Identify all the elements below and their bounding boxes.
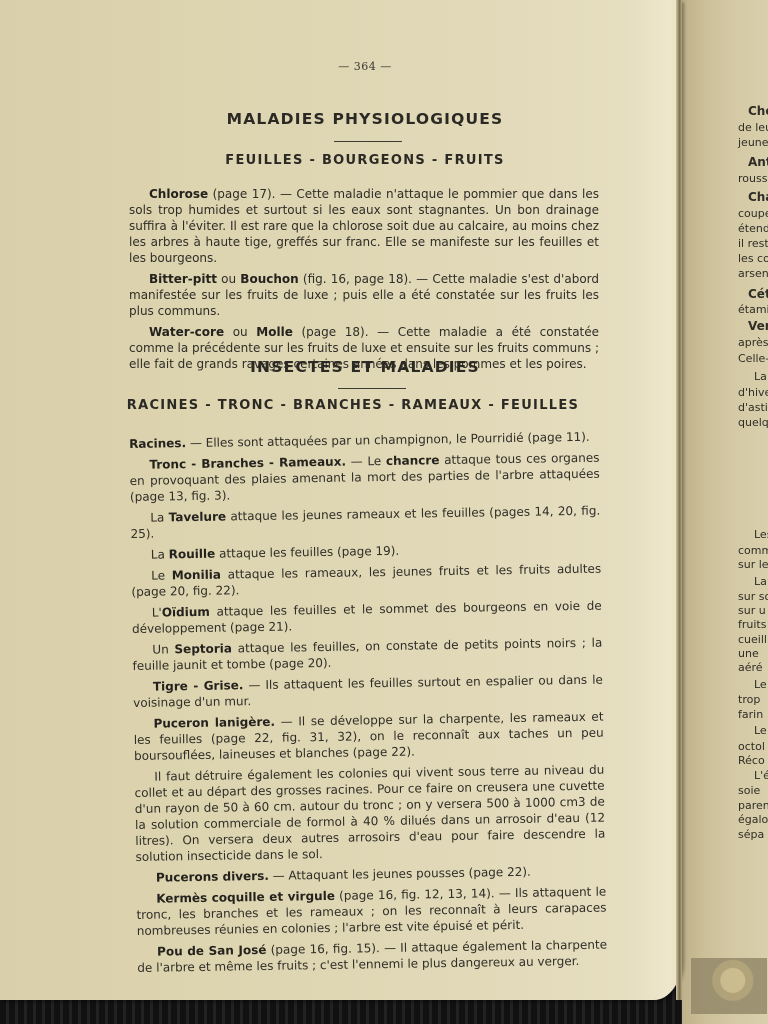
facing-text-fragment: trop — [738, 693, 760, 708]
facing-text-fragment: roussie — [738, 172, 768, 187]
term: Tronc - Branches - Rameaux. — [149, 455, 346, 472]
paragraph: La Rouille attaque les feuilles (page 19… — [131, 540, 601, 563]
term: Bitter-pitt — [149, 272, 217, 286]
paragraph: Un Septoria attaque les feuilles, on con… — [132, 635, 602, 674]
term: Pucerons divers. — [156, 869, 269, 885]
term: Chlorose — [149, 187, 208, 201]
paragraph: Pucerons divers. — Attaquant les jeunes … — [136, 863, 606, 886]
facing-text-fragment: cueill — [738, 633, 767, 648]
term: Bouchon — [240, 272, 298, 286]
section-title-maladies-physiologiques: MALADIES PHYSIOLOGIQUES — [0, 110, 730, 128]
facing-text-fragment: sur so — [738, 590, 768, 605]
title-rule-2 — [338, 388, 406, 389]
term: Molle — [256, 325, 293, 339]
facing-text-fragment: Le — [754, 724, 767, 739]
facing-text-fragment: jeunes — [738, 136, 768, 151]
paragraph: Tigre - Grise. — Ils attaquent les feuil… — [133, 672, 603, 711]
facing-text-fragment: La — [754, 575, 767, 590]
facing-text-fragment: d'asti — [738, 401, 768, 416]
facing-text-fragment: une — [738, 647, 759, 662]
facing-text-fragment: étami — [738, 303, 768, 318]
paragraph: L'Oïdium attaque les feuilles et le somm… — [132, 598, 602, 637]
facing-text-fragment: soie — [738, 784, 760, 799]
term: Racines. — [129, 436, 186, 451]
paragraph: Bitter-pitt ou Bouchon (fig. 16, page 18… — [129, 271, 599, 319]
term: Kermès coquille et virgule — [156, 889, 335, 906]
facing-text-fragment: les co — [738, 252, 768, 267]
facing-text-fragment: octol — [738, 740, 765, 755]
section-title-insectes-maladies: INSECTES ET MALADIES — [0, 358, 730, 376]
section-subtitle-feuilles: FEUILLES - BOURGEONS - FRUITS — [0, 153, 730, 168]
term: Rouille — [169, 547, 216, 562]
term: Monilia — [172, 568, 221, 583]
paragraph: Pou de San José (page 16, fig. 15). — Il… — [137, 937, 607, 976]
facing-text-fragment: Ver — [748, 319, 768, 335]
title-rule — [334, 141, 402, 142]
paragraph: Puceron lanigère. — Il se développe sur … — [133, 709, 604, 764]
facing-text-fragment: de leu — [738, 121, 768, 136]
facing-text-fragment: quelq — [738, 416, 768, 431]
paragraph: Tronc - Branches - Rameaux. — Le chancre… — [129, 450, 600, 505]
section2-body: Racines. — Elles sont attaquées par un c… — [129, 429, 608, 981]
term: Pou de San José — [157, 943, 267, 959]
term: Puceron lanigère. — [153, 715, 275, 731]
paragraph: Racines. — Elles sont attaquées par un c… — [129, 429, 599, 452]
facing-text-fragment: après — [738, 336, 768, 351]
facing-text-fragment: Réco — [738, 754, 765, 769]
facing-text-fragment: comm — [738, 544, 768, 559]
facing-text-fragment: Cha — [748, 190, 768, 206]
facing-text-fragment: sur le — [738, 558, 768, 573]
paragraph: Chlorose (page 17). — Cette maladie n'at… — [129, 186, 599, 266]
facing-text-fragment: Celle- — [738, 352, 768, 367]
facing-text-fragment: Cét — [748, 287, 768, 303]
paragraph: Kermès coquille et virgule (page 16, fig… — [136, 884, 607, 939]
paragraph: La Tavelure attaque les jeunes rameaux e… — [130, 503, 600, 542]
thumbnail-overlay — [691, 958, 767, 1014]
facing-text-fragment: L'é — [754, 769, 768, 784]
paragraph: Le Monilia attaque les rameaux, les jeun… — [131, 561, 601, 600]
term: Tigre - Grise. — [153, 678, 244, 693]
term: Water-core — [149, 325, 224, 339]
term: Septoria — [174, 641, 232, 656]
term: chancre — [386, 453, 440, 468]
page-number: — 364 — — [0, 60, 730, 73]
facing-text-fragment: étendi — [738, 222, 768, 237]
facing-text-fragment: Ant — [748, 155, 768, 171]
facing-text-fragment: Le — [754, 678, 767, 693]
section-subtitle-racines: RACINES - TRONC - BRANCHES - RAMEAUX - F… — [0, 398, 718, 413]
facing-text-fragment: coupe — [738, 207, 768, 222]
paragraph: Il faut détruire également les colonies … — [134, 762, 605, 865]
facing-text-fragment: Les — [754, 528, 768, 543]
facing-text-fragment: fruits — [738, 618, 766, 633]
term: Tavelure — [169, 509, 227, 524]
facing-text-fragment: il rest — [738, 237, 768, 252]
facing-text-fragment: farin — [738, 708, 763, 723]
term: Oïdium — [162, 605, 210, 620]
book-gutter — [676, 0, 682, 1000]
facing-text-fragment: sépa — [738, 828, 764, 843]
facing-text-fragment: Che — [748, 104, 768, 120]
facing-text-fragment: d'hive — [738, 386, 768, 401]
facing-text-fragment: paren — [738, 799, 768, 814]
facing-text-fragment: égalo — [738, 813, 768, 828]
facing-text-fragment: aéré — [738, 661, 763, 676]
book-page: — 364 — MALADIES PHYSIOLOGIQUES FEUILLES… — [0, 0, 682, 1000]
facing-text-fragment: arseni — [738, 267, 768, 282]
facing-text-fragment: La — [754, 370, 767, 385]
facing-text-fragment: sur u — [738, 604, 766, 619]
section1-body: Chlorose (page 17). — Cette maladie n'at… — [129, 186, 599, 377]
